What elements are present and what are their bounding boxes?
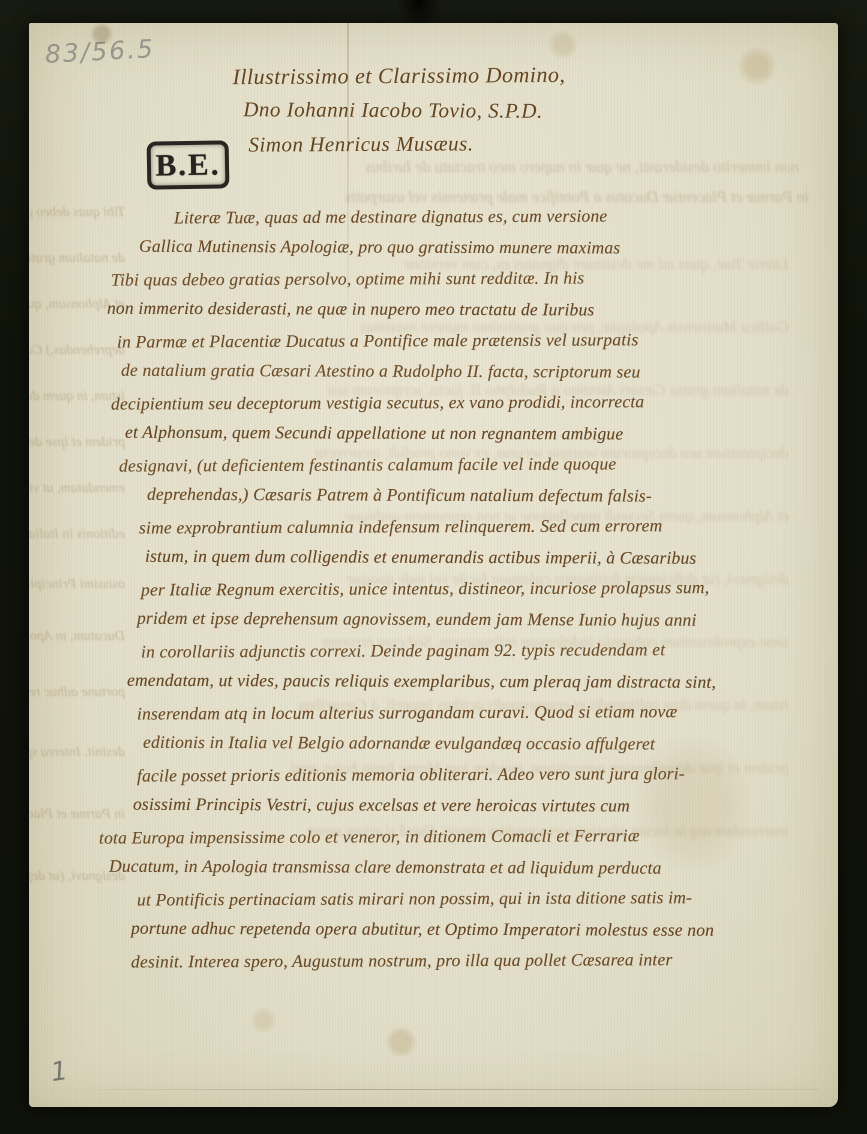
paper-crease-horizontal: [39, 1089, 819, 1090]
body-line: Gallica Mutinensis Apologiæ, pro quo gra…: [139, 231, 841, 264]
body-line: Ducatum, in Apologia transmissa clare de…: [109, 851, 841, 885]
heading-recipient-line: Dno Iohanni Iacobo Tovio, S.P.D.: [113, 92, 673, 129]
body-line: portune adhuc repetenda opera abutitur, …: [131, 913, 841, 946]
body-line: in Parmæ et Placentiæ Ducatus a Pontific…: [117, 323, 841, 357]
body-line: editionis in Italia vel Belgio adornandæ…: [143, 727, 841, 760]
body-line: et Alphonsum, quem Secundi appellatione …: [125, 417, 841, 450]
body-line: osissimi Principis Vestri, cujus excelsa…: [133, 789, 841, 822]
folio-number: 1: [49, 1056, 70, 1088]
photo-background: 83/56.5 Illustrissimo et Clarissimo Domi…: [0, 0, 867, 1134]
manuscript-page: 83/56.5 Illustrissimo et Clarissimo Domi…: [29, 23, 838, 1107]
body-line: pridem et ipse deprehensum agnovissem, e…: [137, 603, 841, 636]
body-line: per Italiæ Regnum exercitis, unice inten…: [141, 571, 841, 605]
body-line: tota Europa impensissime colo et veneror…: [99, 819, 841, 853]
letter-body: Literæ Tuæ, quas ad me destinare dignatu…: [99, 201, 841, 976]
body-line: emendatam, ut vides, paucis reliquis exe…: [127, 665, 841, 698]
body-line: istum, in quem dum colligendis et enumer…: [145, 541, 841, 574]
heading-addressee-line: Illustrissimo et Clarissimo Domino,: [119, 57, 679, 95]
body-line: desinit. Interea spero, Augustum nostrum…: [131, 943, 841, 977]
body-line: in corollariis adjunctis correxi. Deinde…: [141, 633, 841, 667]
ink-bleedthrough-line: non immerito desiderasti, ne quæ in nupe…: [139, 159, 799, 177]
body-line: Tibi quas debeo gratias persolvo, optime…: [111, 261, 841, 295]
body-line: inserendam atq in locum alterius surroga…: [137, 695, 841, 729]
body-line: Literæ Tuæ, quas ad me destinare dignatu…: [174, 200, 841, 234]
body-line: non immerito desiderasti, ne quæ in nupe…: [107, 293, 841, 327]
library-stamp: B.E.: [147, 140, 230, 189]
body-line: facile posset prioris editionis memoria …: [137, 757, 841, 791]
body-line: ut Pontificis pertinaciam satis mirari n…: [137, 881, 841, 915]
body-line: designavi, (ut deficientem festinantis c…: [119, 447, 841, 481]
body-line: sime exprobrantium calumnia indefensum r…: [139, 509, 841, 543]
body-line: de natalium gratia Cæsari Atestino a Rud…: [121, 355, 841, 389]
body-line: deprehendas,) Cæsaris Patrem à Pontificu…: [147, 479, 841, 512]
body-line: decipientium seu deceptorum vestigia sec…: [111, 385, 841, 419]
